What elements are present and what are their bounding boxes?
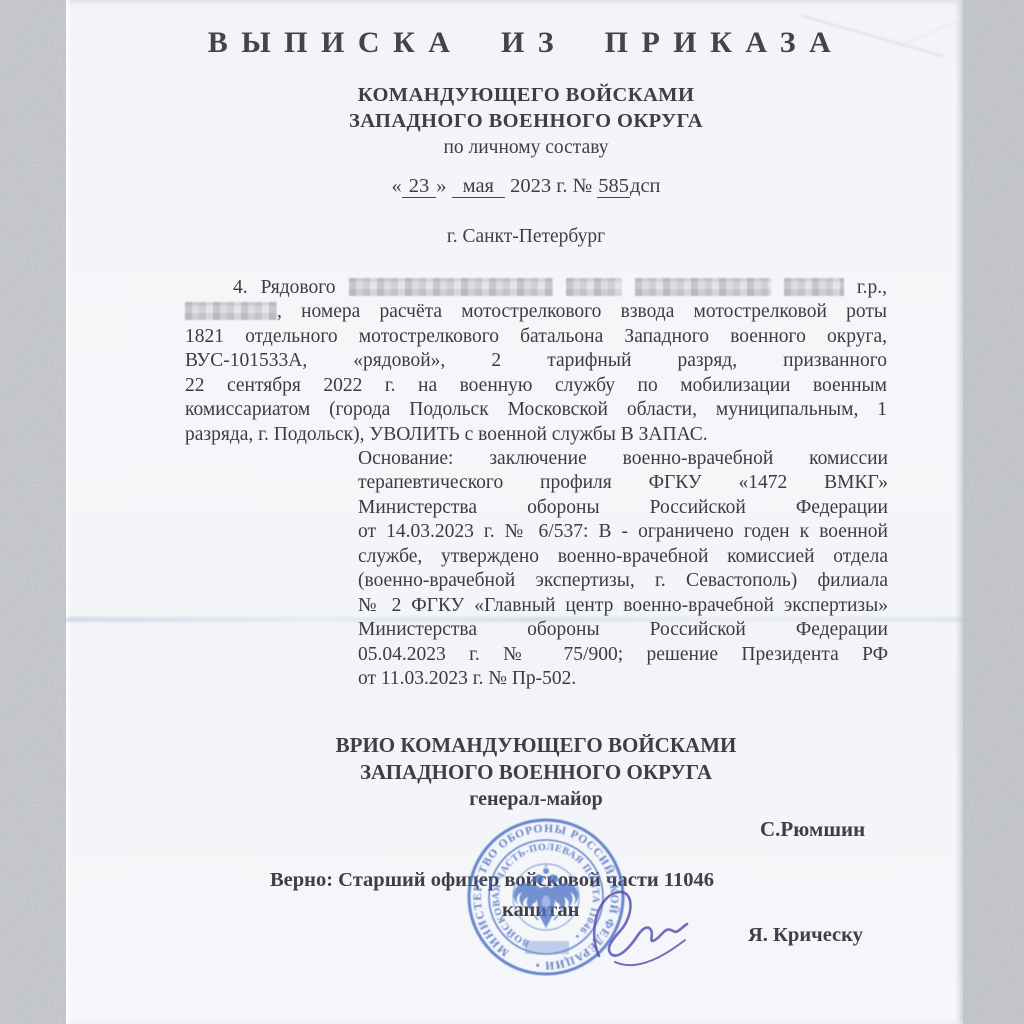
redaction-block <box>784 278 844 296</box>
order-suffix: дсп <box>630 175 661 197</box>
text-line: (военно-врачебной экспертизы, г. Севасто… <box>358 569 888 593</box>
text-line: , номера расчёта мотострелкового взвода … <box>185 300 887 324</box>
text-line: 05.04.2023 г. № 75/900; решение Президен… <box>358 643 888 667</box>
text-line: комиссариатом (города Подольск Московско… <box>185 398 887 422</box>
text-line: Министерства обороны Российской Федераци… <box>358 496 888 520</box>
text-line: службе, утверждено военно-врачебной коми… <box>358 545 888 569</box>
date-middle: 2023 г. № <box>510 175 592 197</box>
order-number: 585 <box>597 175 630 198</box>
basis-paragraph: Основание: заключение военно-врачебной к… <box>358 447 888 692</box>
document-title: ВЫПИСКА ИЗ ПРИКАЗА <box>126 26 926 60</box>
quote-close: » <box>436 175 446 197</box>
redaction-block <box>635 278 771 296</box>
date-month: мая <box>452 175 505 198</box>
place-line: г. Санкт-Петербург <box>126 226 926 248</box>
text-line: Основание: заключение военно-врачебной к… <box>358 447 888 471</box>
text-line: № 2 ФГКУ «Главный центр военно-врачебной… <box>358 594 888 618</box>
noise-band-right <box>963 0 1024 1024</box>
subtitle: по личному составу <box>126 137 926 159</box>
text-line: 1821 отдельного мотострелкового батальон… <box>185 325 887 349</box>
quote-open: « <box>391 175 401 197</box>
redaction-block <box>349 278 553 296</box>
stamp-code-box <box>525 941 569 954</box>
redaction-block <box>185 302 277 320</box>
signer-name: С.Рюмшин <box>760 817 865 842</box>
handwritten-signature <box>585 878 715 978</box>
noise-band-left <box>0 0 68 1024</box>
order-paragraph: 4. Рядового г.р.,, номера расчёта мотост… <box>185 276 887 447</box>
date-day: 23 <box>402 175 437 198</box>
text-line: 4. Рядового г.р., <box>185 276 887 300</box>
org-line-2: ЗАПАДНОГО ВОЕННОГО ОКРУГА <box>126 110 926 133</box>
signer-rank: генерал-майор <box>185 788 887 811</box>
eagle-emblem <box>513 865 578 928</box>
scanned-document: ВЫПИСКА ИЗ ПРИКАЗА КОМАНДУЮЩЕГО ВОЙСКАМИ… <box>0 0 1024 1024</box>
text-line: ВУС-101533А, «рядовой», 2 тарифный разря… <box>185 349 887 373</box>
date-line: «23» мая 2023 г. № 585дсп <box>126 175 926 198</box>
text-line: терапевтического профиля ФГКУ «1472 ВМКГ… <box>358 471 888 495</box>
org-line-1: КОМАНДУЮЩЕГО ВОЙСКАМИ <box>126 84 926 107</box>
certifier-name: Я. Крическу <box>748 924 863 947</box>
text-line: Министерства обороны Российской Федераци… <box>358 618 888 642</box>
text-line: разряда, г. Подольск), УВОЛИТЬ с военной… <box>185 423 887 447</box>
signer-title-2: ЗАПАДНОГО ВОЕННОГО ОКРУГА <box>185 760 887 785</box>
redaction-block <box>566 278 622 296</box>
text-line: 22 сентября 2022 г. на военную службу по… <box>185 374 887 398</box>
document-page: ВЫПИСКА ИЗ ПРИКАЗА КОМАНДУЮЩЕГО ВОЙСКАМИ… <box>66 0 963 1024</box>
text-line: от 11.03.2023 г. № Пр-502. <box>358 667 888 691</box>
signer-title-1: ВРИО КОМАНДУЮЩЕГО ВОЙСКАМИ <box>185 733 887 758</box>
text-line: от 14.03.2023 г. № 6/537: В - ограничено… <box>358 520 888 544</box>
